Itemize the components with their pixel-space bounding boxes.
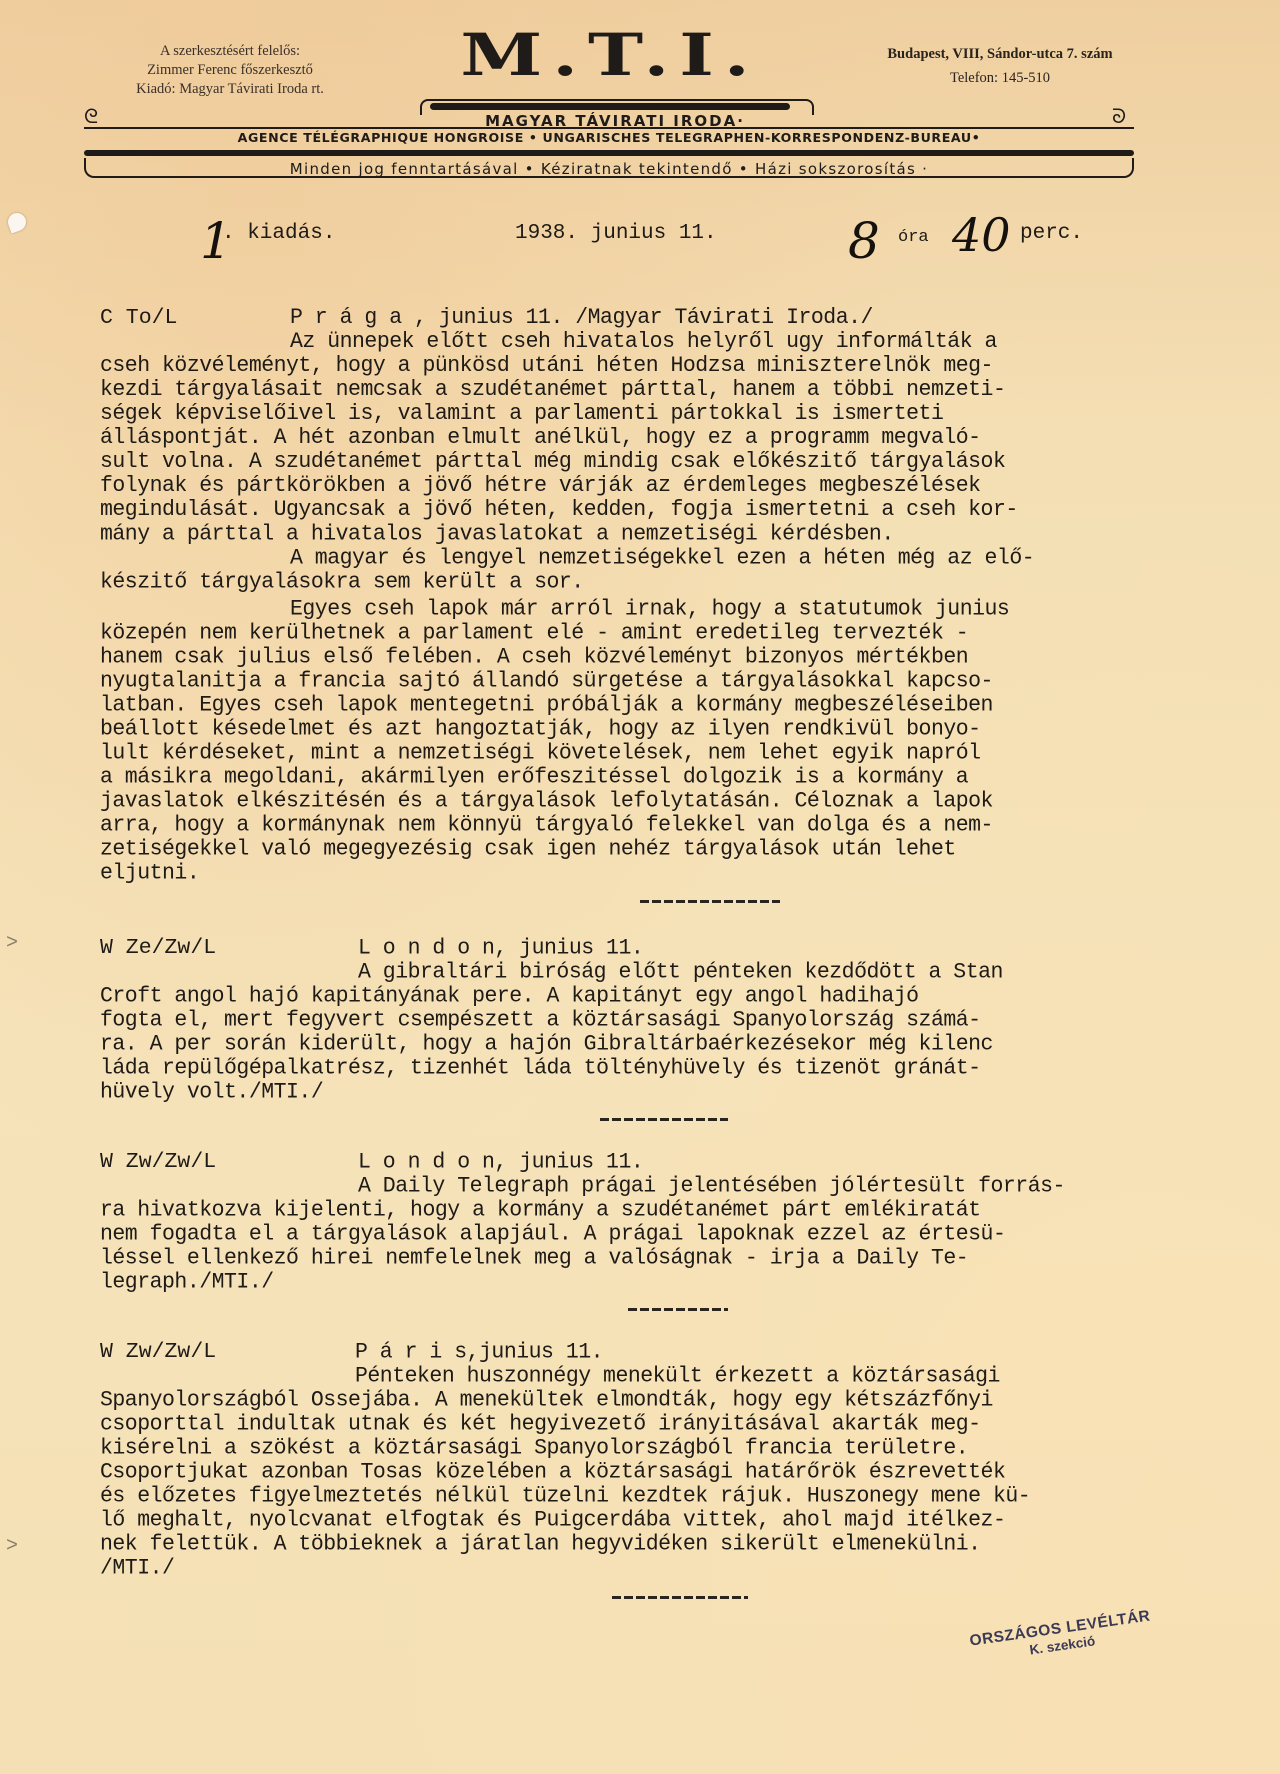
text-line: és előzetes figyelmeztetés nélkül tüzeln… [100,1483,1030,1508]
editor-responsible-label: A szerkesztésért felelős: [80,42,380,61]
article-dateline: L o n d o n, junius 11. [358,1149,643,1174]
edition-label: . kiadás. [222,222,335,245]
hour-handwritten: 8 [848,212,880,270]
margin-punch-mark-icon: > [6,932,18,955]
editor-in-chief: Zimmer Ferenc főszerkesztő [80,61,380,80]
text-line: Egyes cseh lapok már arról irnak, hogy a… [290,596,1009,621]
text-line: ra. A per során kiderült, hogy a hajón G… [100,1031,993,1056]
text-line: legraph./MTI./ [100,1269,274,1294]
text-line: álláspontját. A hét azonban elmult anélk… [100,425,981,450]
article-code: C To/L [100,306,177,330]
text-line: Croft angol hajó kapitányának pere. A ka… [100,983,919,1008]
article-dateline: L o n d o n, junius 11. [358,935,643,960]
text-line: a másikra megoldani, akármilyen erőfeszi… [100,764,968,789]
text-line: mány a párttal a hivatalos javaslatokat … [100,521,894,546]
article-separator [600,1118,728,1121]
text-line: hüvely volt./MTI./ [100,1079,323,1104]
header-thick-rule [84,150,1134,156]
text-line: javaslatok elkészitésén és a tárgyalások… [100,788,993,813]
text-line: nyugtalanitja a francia sajtó állandó sü… [100,668,993,693]
text-line: folynak és pártkörökben a jövő hétre vár… [100,473,981,498]
text-line: beállott késedelmet és azt hangoztatják,… [100,716,981,741]
text-line: ségek képviselőivel is, valamint a parla… [100,401,943,426]
text-line: csoporttal indultak utnak és két hegyive… [100,1411,981,1436]
margin-punch-mark-icon: > [6,1535,18,1558]
text-line: lult kérdéseket, mint a nemzetiségi köve… [100,740,981,765]
text-line: Spanyolországból Ossejába. A menekültek … [100,1387,993,1412]
contact-info: Budapest, VIII, Sándor-utca 7. szám Tele… [820,42,1180,90]
text-line: A Daily Telegraph prágai jelentésében jó… [358,1173,1065,1198]
ornament-left-icon: ᘓ [84,104,98,128]
mti-logo: M.T.I. [410,32,810,79]
article-separator [640,900,780,903]
agency-foreign-names: AGENCE TÉLÉGRAPHIQUE HONGROISE • UNGARIS… [84,130,1134,145]
article-dateline: P r á g a , junius 11. /Magyar Távirati … [290,305,873,330]
text-line: Az ünnepek előtt cseh hivatalos helyről … [290,329,997,354]
header-rule [84,127,1134,129]
text-line: fogta el, mert fegyvert csempészett a kö… [100,1007,981,1032]
logo-bar [430,103,790,110]
article-code: W Zw/Zw/L [100,1340,216,1364]
text-line: közepén nem kerülhetnek a parlament elé … [100,620,968,645]
article-code: W Ze/Zw/L [100,936,216,960]
text-line: Pénteken huszonnégy menekült érkezett a … [355,1363,1000,1388]
text-line: latban. Egyes cseh lapok mentegetni prób… [100,692,993,717]
text-line: léssel ellenkező hirei nemfelelnek meg a… [100,1245,968,1270]
text-line: ra hivatkozva kijelenti, hogy a kormány … [100,1197,981,1222]
phone: Telefon: 145-510 [820,66,1180,90]
text-line: láda repülőgépalkatrész, tizenhét láda t… [100,1055,981,1080]
article-dateline: P á r i s,junius 11. [355,1339,603,1364]
article-code: W Zw/Zw/L [100,1150,216,1174]
text-line: hanem csak julius első felében. A cseh k… [100,644,968,669]
text-line: cseh közvéleményt, hogy a pünkösd utáni … [100,353,993,378]
text-line: lő meghalt, nyolcvanat elfogtak és Puigc… [100,1507,1005,1532]
text-line: nem fogadta el a tárgyalások alapjául. A… [100,1221,1005,1246]
publisher: Kiadó: Magyar Távirati Iroda rt. [80,80,380,99]
rights-notice: Minden jog fenntartásával • Kéziratnak t… [84,160,1134,178]
minute-label: perc. [1020,222,1083,245]
text-line: eljutni. [100,860,199,885]
text-line: kezdi tárgyalásait nemcsak a szudétanéme… [100,377,1005,402]
text-line: nek felettük. A többieknek a járatlan he… [100,1531,981,1556]
text-line: arra, hogy a kormánynak nem könnyü tárgy… [100,812,993,837]
ornament-right-icon: ᘐ [1112,104,1126,128]
text-line: zetiségekkel való megegyezésig csak igen… [100,836,956,861]
text-line: kisérelni a szökést a köztársasági Spany… [100,1435,968,1460]
text-line: megindulását. Ugyancsak a jövő héten, ke… [100,497,1018,522]
article-separator [612,1596,748,1599]
text-line: /MTI./ [100,1555,174,1580]
text-line: A magyar és lengyel nemzetiségekkel ezen… [290,545,1034,570]
text-line: A gibraltári biróság előtt pénteken kezd… [358,959,1003,984]
address: Budapest, VIII, Sándor-utca 7. szám [820,42,1180,66]
minute-handwritten: 40 [952,208,1011,262]
edition-date: 1938. junius 11. [515,222,717,245]
editor-info: A szerkesztésért felelős: Zimmer Ferenc … [80,42,380,99]
article-separator [628,1308,728,1311]
text-line: Csoportjukat azonban Tosas közelében a k… [100,1459,1005,1484]
text-line: sult volna. A szudétanémet párttal még m… [100,449,1005,474]
hour-label: óra [898,228,929,247]
text-line: készitő tárgyalásokra sem került a sor. [100,569,584,594]
